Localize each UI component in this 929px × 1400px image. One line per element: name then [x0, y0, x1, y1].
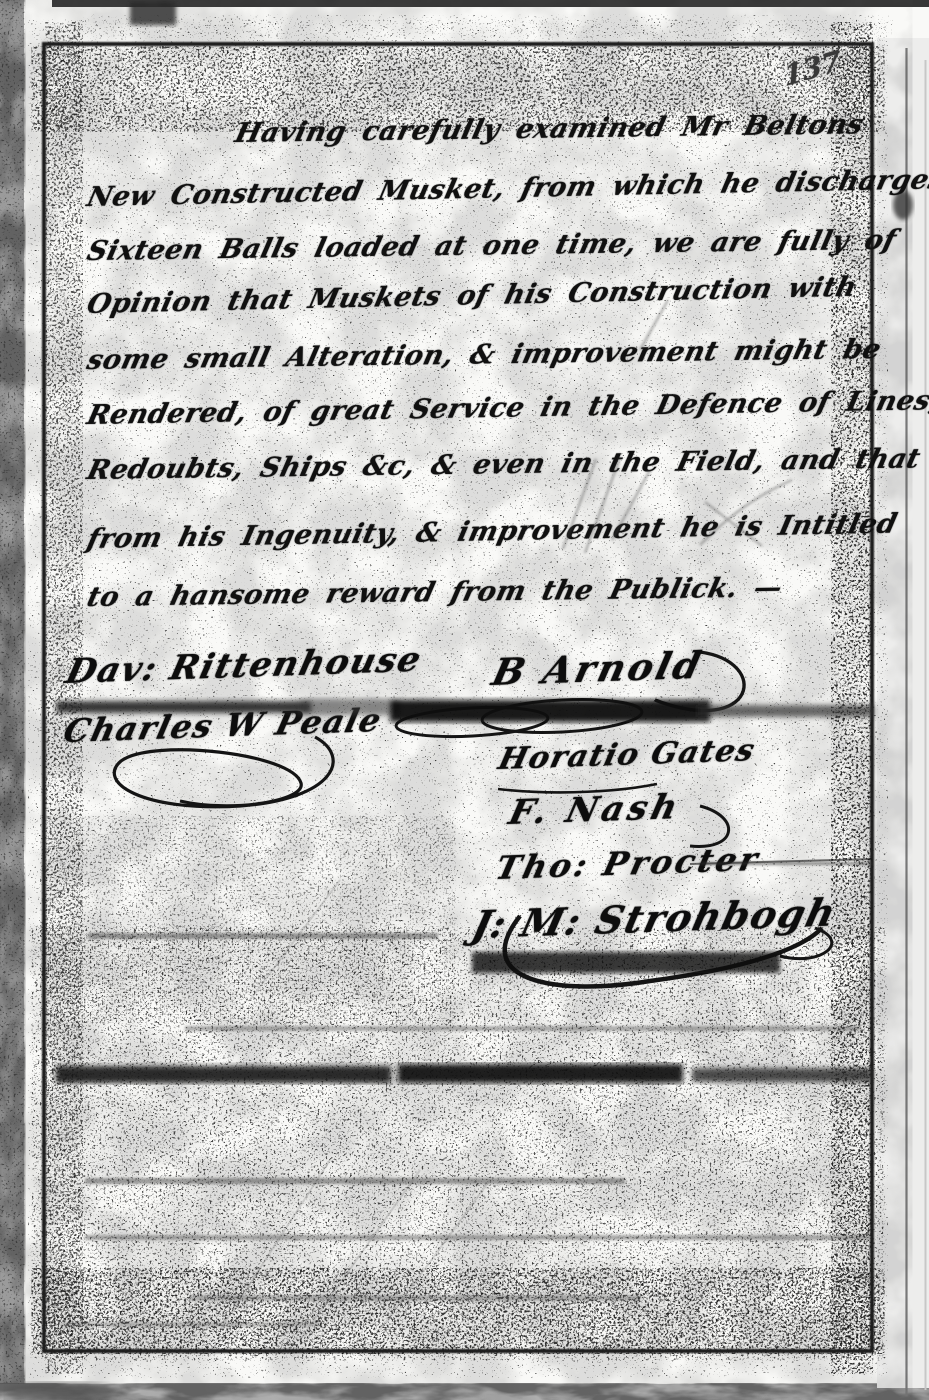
manuscript-line-3: Sixteen Balls loaded at one time, we are…	[84, 225, 899, 267]
manuscript-scan-page: Having carefully examined Mr Beltons New…	[0, 0, 929, 1400]
signature-tho-procter: Tho: Procter	[492, 840, 764, 887]
manuscript-line-6: Rendered, of great Service in the Defenc…	[84, 385, 929, 431]
manuscript-line-9: to a hansome reward from the Publick. —	[84, 572, 786, 613]
page-number: 137	[782, 44, 842, 93]
manuscript-line-8: from his Ingenuity, & improvement he is …	[84, 509, 900, 555]
ghost-hatching	[220, 880, 490, 1340]
manuscript-line-5: some small Alteration, & improvement mig…	[84, 334, 884, 376]
crease-smudge-band-2	[56, 1064, 872, 1083]
signature-dav-rittenhouse: Dav: Rittenhouse	[62, 640, 426, 692]
strohbogh-underline-smear	[472, 952, 780, 973]
signature-f-nash: F. Nash	[505, 787, 685, 833]
signature-b-arnold: B Arnold	[488, 643, 708, 694]
arnold-underline-loop	[395, 704, 548, 740]
signature-charles-w-peale: Charles W Peale	[60, 701, 386, 750]
manuscript-line-1: Having carefully examined Mr Beltons	[232, 109, 867, 149]
left-edge-shadow	[0, 0, 24, 1400]
top-edge-bar	[52, 0, 929, 7]
signature-horatio-gates: Horatio Gates	[495, 733, 759, 777]
bottom-edge-strip	[0, 1383, 929, 1400]
peale-flourish	[114, 737, 333, 807]
signature-j-m-strohbogh: J: M: Strohbogh	[468, 889, 841, 947]
manuscript-line-4: Opinion that Muskets of his Construction…	[84, 272, 860, 320]
manuscript-line-7: Redoubts, Ships &c, & even in the Field,…	[84, 443, 924, 486]
manuscript-line-2: New Constructed Musket, from which he di…	[84, 164, 929, 213]
arnold-underline-loop2	[481, 696, 642, 736]
